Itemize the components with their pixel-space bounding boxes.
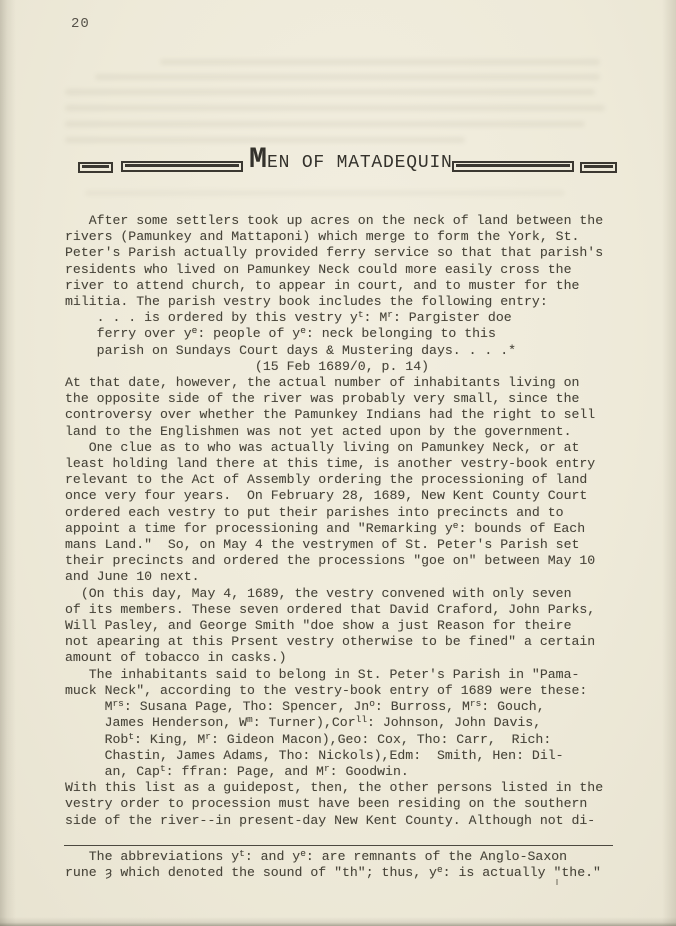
text-line: Robt: King, Mr: Gideon Macon),Geo: Cox, … bbox=[65, 732, 655, 748]
bleedthrough-smudge bbox=[85, 190, 565, 196]
text-line: controversy over whether the Pamunkey In… bbox=[65, 407, 655, 423]
footnote-separator bbox=[64, 845, 613, 846]
superscript: e bbox=[192, 325, 198, 336]
text-line: an, Capt: ffran: Page, and Mr: Goodwin. bbox=[65, 764, 655, 780]
superscript: ll bbox=[356, 714, 367, 725]
text-line: ferry over ye: people of ye: neck belong… bbox=[65, 326, 655, 342]
text-line: relevant to the Act of Assembly ordering… bbox=[65, 472, 655, 488]
chapter-title-rest: EN OF MATADEQUIN bbox=[267, 153, 453, 173]
page-bottom-edge bbox=[0, 917, 676, 926]
superscript: r bbox=[205, 731, 211, 742]
text-line: mans Land." So, on May 4 the vestrymen o… bbox=[65, 537, 655, 553]
text-line: militia. The parish vestry book includes… bbox=[65, 294, 655, 310]
rule-bar-core bbox=[82, 165, 109, 168]
text-line: their precincts and ordered the processi… bbox=[65, 553, 655, 569]
scan-speck bbox=[556, 879, 558, 885]
text-line: vestry order to procession must have bee… bbox=[65, 796, 655, 812]
text-line: the opposite side of the river was proba… bbox=[65, 391, 655, 407]
bleedthrough-smudge bbox=[65, 105, 605, 111]
scanned-page: 20 MEN OF MATADEQUIN After some settlers… bbox=[0, 0, 676, 926]
text-line: James Henderson, Wm: Turner),Corll: John… bbox=[65, 715, 655, 731]
text-line: least holding land there at this time, i… bbox=[65, 456, 655, 472]
text-line: side of the river--in present-day New Ke… bbox=[65, 813, 655, 829]
text-line: Peter's Parish actually provided ferry s… bbox=[65, 245, 655, 261]
bleedthrough-smudge bbox=[65, 121, 585, 127]
text-line: appoint a time for processioning and "Re… bbox=[65, 521, 655, 537]
text-line: rivers (Pamunkey and Mattaponi) which me… bbox=[65, 229, 655, 245]
text-line: Chastin, James Adams, Tho: Nickols),Edm:… bbox=[65, 748, 655, 764]
superscript: t bbox=[239, 848, 245, 859]
page-right-edge bbox=[662, 0, 676, 926]
page-number: 20 bbox=[71, 16, 90, 32]
text-line: . . . is ordered by this vestry yt: Mr: … bbox=[65, 310, 655, 326]
bleedthrough-smudge bbox=[65, 89, 595, 95]
superscript: o bbox=[369, 698, 375, 709]
bleedthrough-smudge bbox=[160, 59, 600, 65]
text-line: rune ȝ which denoted the sound of "th"; … bbox=[65, 865, 655, 881]
footnote-text: The abbreviations yt: and ye: are remnan… bbox=[65, 849, 655, 881]
text-line: land to the Englishmen was not yet acted… bbox=[65, 424, 655, 440]
text-line: After some settlers took up acres on the… bbox=[65, 213, 655, 229]
chapter-title: MEN OF MATADEQUIN bbox=[249, 145, 453, 178]
text-line: river to attend church, to appear in cou… bbox=[65, 278, 655, 294]
superscript: t bbox=[358, 309, 364, 320]
text-line: With this list as a guidepost, then, the… bbox=[65, 780, 655, 796]
text-line: (15 Feb 1689/0, p. 14) bbox=[65, 359, 655, 375]
chapter-title-initial: M bbox=[249, 143, 267, 177]
text-line: The inhabitants said to belong in St. Pe… bbox=[65, 667, 655, 683]
superscript: r bbox=[387, 309, 393, 320]
header-rule-bar-left-long bbox=[121, 161, 243, 172]
text-line: Mrs: Susana Page, Tho: Spencer, Jno: Bur… bbox=[65, 699, 655, 715]
text-line: not apearing at this Prsent vestry other… bbox=[65, 634, 655, 650]
body-text: After some settlers took up acres on the… bbox=[65, 213, 655, 829]
text-line: ordered each vestry to put their parishe… bbox=[65, 505, 655, 521]
text-line: Will Pasley, and George Smith "doe show … bbox=[65, 618, 655, 634]
header-rule-bar-right-long bbox=[452, 161, 574, 172]
superscript: e bbox=[437, 864, 443, 875]
superscript: t bbox=[128, 731, 134, 742]
superscript: rs bbox=[470, 698, 481, 709]
page-binding-shadow bbox=[0, 0, 16, 926]
text-line: residents who lived on Pamunkey Neck cou… bbox=[65, 262, 655, 278]
superscript: m bbox=[247, 714, 253, 725]
text-line: parish on Sundays Court days & Mustering… bbox=[65, 343, 655, 359]
superscript: e bbox=[453, 520, 459, 531]
rule-bar-core bbox=[125, 164, 239, 167]
rule-bar-core bbox=[456, 164, 570, 167]
text-line: once very four years. On February 28, 16… bbox=[65, 488, 655, 504]
header-rule-bar-left-short bbox=[78, 162, 113, 173]
text-line: amount of tobacco in casks.) bbox=[65, 650, 655, 666]
text-line: (On this day, May 4, 1689, the vestry co… bbox=[65, 586, 655, 602]
text-line: One clue as to who was actually living o… bbox=[65, 440, 655, 456]
text-line: of its members. These seven ordered that… bbox=[65, 602, 655, 618]
superscript: e bbox=[300, 848, 306, 859]
superscript: e bbox=[300, 325, 306, 336]
bleedthrough-smudge bbox=[95, 74, 600, 80]
text-line: At that date, however, the actual number… bbox=[65, 375, 655, 391]
superscript: r bbox=[324, 763, 330, 774]
superscript: rs bbox=[112, 698, 123, 709]
superscript: t bbox=[160, 763, 166, 774]
text-line: and June 10 next. bbox=[65, 569, 655, 585]
text-line: The abbreviations yt: and ye: are remnan… bbox=[65, 849, 655, 865]
text-line: muck Neck", according to the vestry-book… bbox=[65, 683, 655, 699]
header-rule-bar-right-short bbox=[580, 162, 617, 173]
rule-bar-core bbox=[584, 165, 613, 168]
